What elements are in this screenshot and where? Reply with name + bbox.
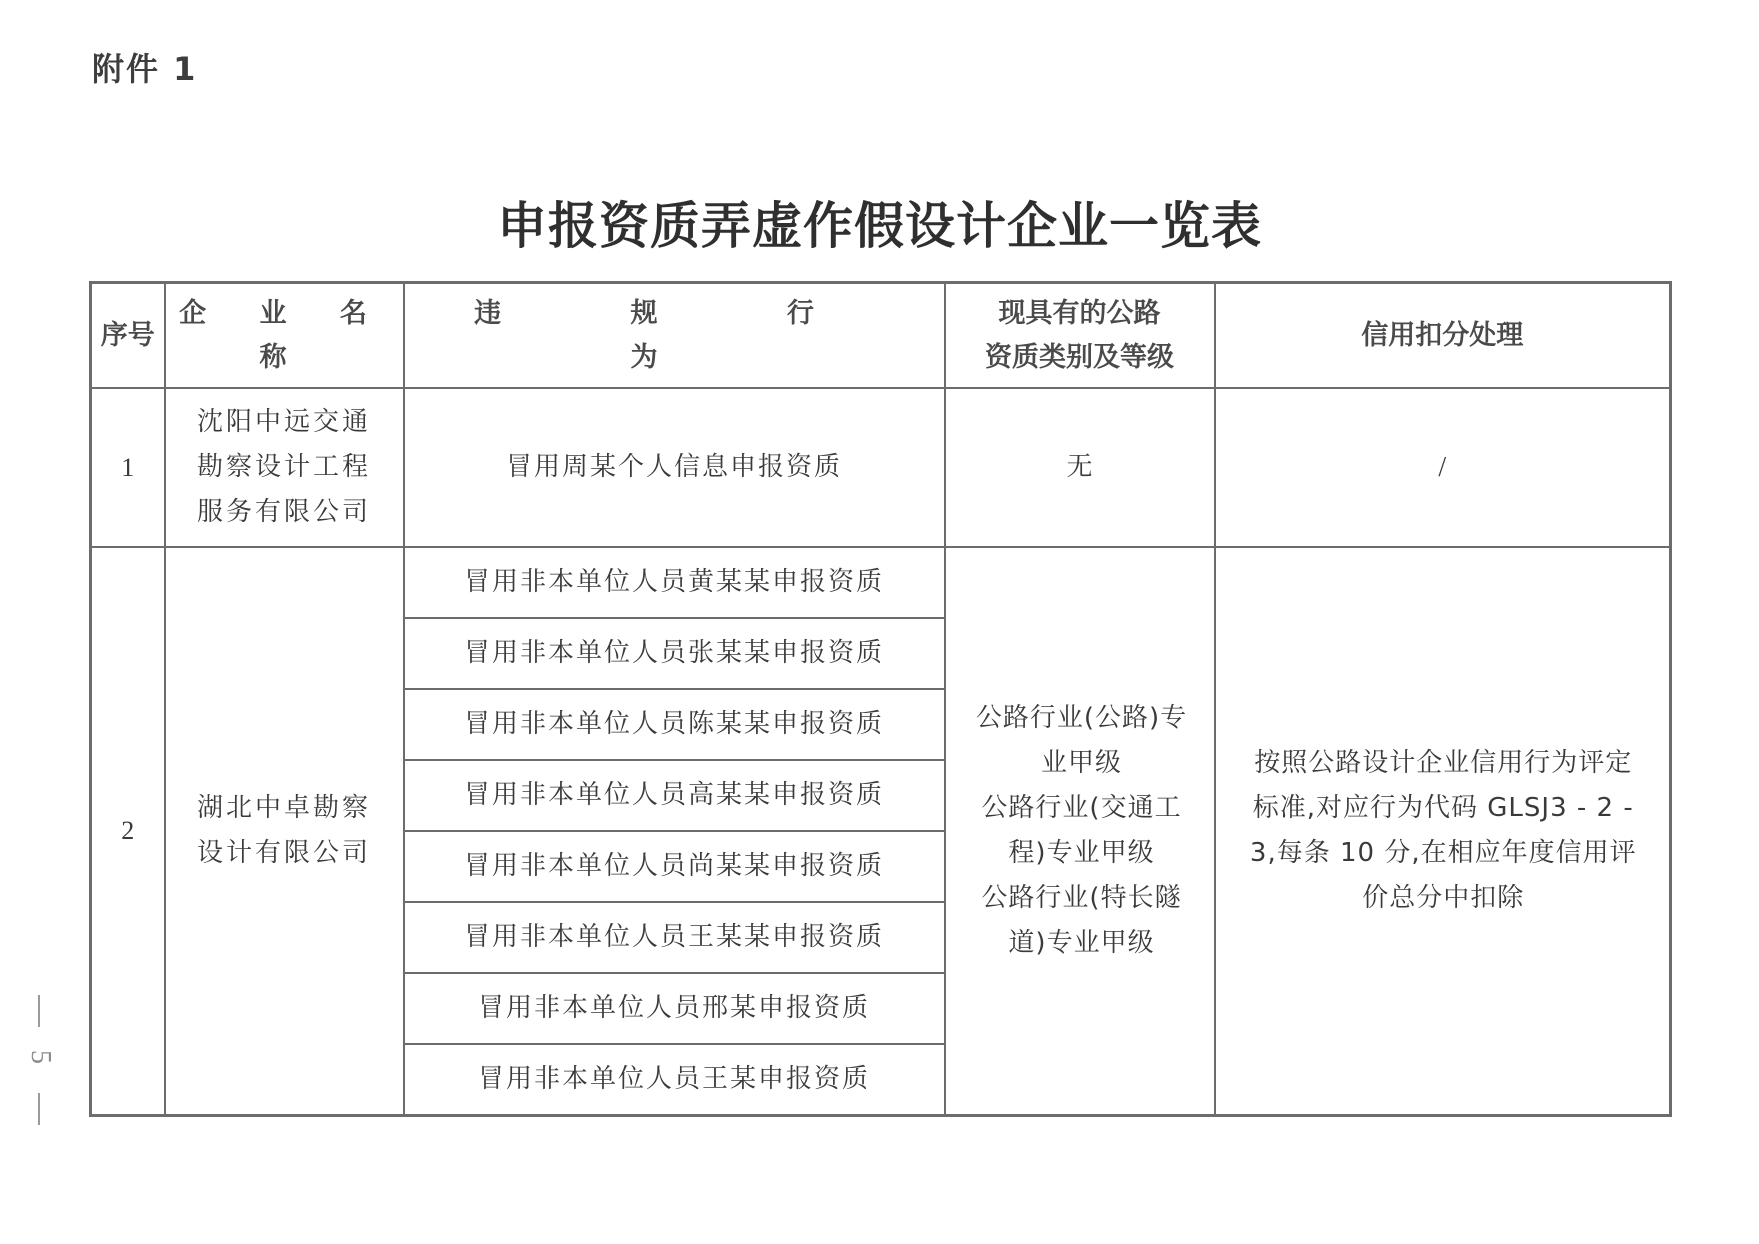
violation-item: 冒用非本单位人员高某某申报资质 — [404, 760, 945, 831]
qualification-line: 道)专业甲级 — [960, 921, 1204, 966]
header-company: 企 业 名 称 — [165, 283, 404, 389]
page-number-dash-bottom — [38, 1093, 40, 1125]
page-number-value: 5 — [20, 1043, 60, 1071]
header-qualification: 现具有的公路 资质类别及等级 — [945, 283, 1215, 389]
violation-item: 冒用非本单位人员邢某申报资质 — [404, 973, 945, 1044]
violation-item: 冒用非本单位人员黄某某申报资质 — [404, 547, 945, 618]
credit-line: 3,每条 10 分,在相应年度信用评 — [1230, 831, 1658, 876]
violation-item: 冒用非本单位人员王某申报资质 — [404, 1044, 945, 1116]
company-name: 沈阳中远交通 勘察设计工程 服务有限公司 — [197, 400, 371, 535]
violation-item: 冒用非本单位人员陈某某申报资质 — [404, 689, 945, 760]
page-number: 5 — [20, 985, 60, 1135]
page-number-dash-top — [38, 995, 40, 1027]
company-name-line: 设计有限公司 — [197, 831, 371, 876]
header-qualification-line1: 现具有的公路 — [946, 292, 1214, 336]
violation-item: 冒用非本单位人员王某某申报资质 — [404, 902, 945, 973]
violation-item: 冒用非本单位人员尚某某申报资质 — [404, 831, 945, 902]
qualification-line: 业甲级 — [960, 741, 1204, 786]
credit-line: 按照公路设计企业信用行为评定 — [1230, 741, 1658, 786]
header-credit: 信用扣分处理 — [1215, 283, 1671, 389]
row-credit: 按照公路设计企业信用行为评定 标准,对应行为代码 GLSJ3 - 2 - 3,每… — [1215, 547, 1671, 1116]
company-name-line: 沈阳中远交通 — [197, 400, 371, 445]
row-qualification: 公路行业(公路)专 业甲级 公路行业(交通工 程)专业甲级 公路行业(特长隧 道… — [945, 547, 1215, 1116]
qualification-line: 公路行业(交通工 — [960, 786, 1204, 831]
row-company: 湖北中卓勘察 设计有限公司 — [165, 547, 404, 1116]
credit-line: 价总分中扣除 — [1230, 876, 1658, 921]
table-row: 1 沈阳中远交通 勘察设计工程 服务有限公司 冒用周某个人信息申报资质 无 / — [91, 388, 1671, 547]
attachment-label: 附件 1 — [92, 44, 197, 90]
header-seq: 序号 — [91, 283, 165, 389]
enterprise-table: 序号 企 业 名 称 违 规 行 为 现具有的公路 资质类别及等级 信用扣分处理… — [89, 281, 1672, 1117]
violation-item: 冒用非本单位人员张某某申报资质 — [404, 618, 945, 689]
header-violation: 违 规 行 为 — [404, 283, 945, 389]
row-qualification: 无 — [945, 388, 1215, 547]
company-name: 湖北中卓勘察 设计有限公司 — [197, 786, 371, 876]
credit-line: 标准,对应行为代码 GLSJ3 - 2 - — [1230, 786, 1658, 831]
document-title: 申报资质弄虚作假设计企业一览表 — [0, 186, 1759, 258]
table-row: 2 湖北中卓勘察 设计有限公司 冒用非本单位人员黄某某申报资质 公路行业(公路)… — [91, 547, 1671, 618]
qualification-line: 公路行业(特长隧 — [960, 876, 1204, 921]
row-violation: 冒用周某个人信息申报资质 — [404, 388, 945, 547]
row-seq: 2 — [91, 547, 165, 1116]
qualification-line: 公路行业(公路)专 — [960, 696, 1204, 741]
row-company: 沈阳中远交通 勘察设计工程 服务有限公司 — [165, 388, 404, 547]
company-name-line: 服务有限公司 — [197, 490, 371, 535]
company-name-line: 勘察设计工程 — [197, 445, 371, 490]
header-qualification-line2: 资质类别及等级 — [946, 336, 1214, 380]
qualification-line: 程)专业甲级 — [960, 831, 1204, 876]
row-credit: / — [1215, 388, 1671, 547]
company-name-line: 湖北中卓勘察 — [197, 786, 371, 831]
table-header-row: 序号 企 业 名 称 违 规 行 为 现具有的公路 资质类别及等级 信用扣分处理 — [91, 283, 1671, 389]
row-seq: 1 — [91, 388, 165, 547]
